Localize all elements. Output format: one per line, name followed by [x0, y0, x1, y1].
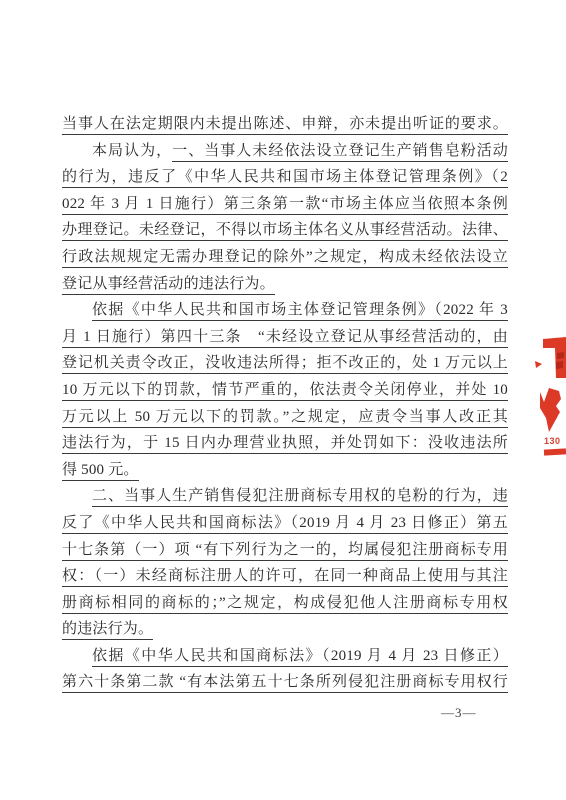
text-line: 得 500 元。 [62, 457, 508, 484]
text-line: 二、当事人生产销售侵犯注册商标专用权的皂粉的行为，违 [62, 483, 508, 510]
text-line: 10 万元以下的罚款，情节严重的，依法责令关闭停业，并处 10 [62, 377, 508, 404]
text-segment: 办理登记。未经登记，不得以市场主体名义从事经营活动。法律、 [62, 222, 508, 241]
text-line: 权：（一）未经商标注册人的许可，在同一种商品上使用与其注 [62, 563, 508, 590]
scanned-document-page: 当事人在法定期限内未提出陈述、申辩，亦未提出听证的要求。本局认为，一、当事人未经… [0, 0, 566, 800]
text-segment: 10 万元以下的罚款，情节严重的，依法责令关闭停业，并处 10 [62, 382, 508, 401]
text-segment: 依据《中华人民共和国市场主体登记管理条例》（2022 年 3 [92, 302, 508, 321]
text-line: 当事人在法定期限内未提出陈述、申辩，亦未提出听证的要求。 [62, 111, 508, 138]
text-line: 的行为，违反了《中华人民共和国市场主体登记管理条例》（2 [62, 164, 508, 191]
text-line: 违法行为，于 15 日内办理营业执照，并处罚如下：没收违法所 [62, 430, 508, 457]
text-segment: 反了《中华人民共和国商标法》（2019 月 4 月 23 日修正）第五 [62, 515, 508, 534]
text-segment: 月 1 日施行）第四十三条 “未经设立登记从事经营活动的，由 [62, 329, 508, 348]
text-segment: 登记从事经营活动的违法行为。 [62, 276, 275, 295]
text-segment: 万元以上 50 万元以下的罚款。”之规定，应责令当事人改正其 [62, 409, 508, 428]
text-segment: 二、当事人生产销售侵犯注册商标专用权的皂粉的行为，违 [92, 488, 508, 507]
text-segment: 权：（一）未经商标注册人的许可，在同一种商品上使用与其注 [62, 568, 508, 587]
red-arrow-mark-icon [540, 388, 561, 432]
text-segment: 的违法行为。 [62, 621, 153, 640]
text-segment: 十七条第（一）项 “有下列行为之一的，均属侵犯注册商标专用 [62, 542, 508, 561]
text-line: 依据《中华人民共和国商标法》（2019 月 4 月 23 日修正） [62, 643, 508, 670]
text-segment: 册商标相同的商标的；”之规定，构成侵犯他人注册商标专用权 [62, 595, 508, 614]
text-line: 办理登记。未经登记，不得以市场主体名义从事经营活动。法律、 [62, 217, 508, 244]
text-line: 行政法规规定无需办理登记的除外”之规定，构成未经依法设立 [62, 244, 508, 271]
text-segment: 登记机关责令改正，没收违法所得；拒不改正的，处 1 万元以上 [62, 355, 508, 374]
text-line: 022 年 3 月 1 日施行）第三条第一款“市场主体应当依照本条例 [62, 191, 508, 218]
red-stamp-fragment-icon [535, 337, 566, 378]
text-segment: 依据《中华人民共和国商标法》（2019 月 4 月 23 日修正） [92, 648, 508, 667]
text-segment: 当事人在法定期限内未提出陈述、申辩，亦未提出听证的要求。 [62, 116, 508, 135]
text-segment: 本局认为， [92, 143, 172, 159]
document-lines: 当事人在法定期限内未提出陈述、申辩，亦未提出听证的要求。本局认为，一、当事人未经… [62, 111, 508, 696]
text-line: 本局认为，一、当事人未经依法设立登记生产销售皂粉活动 [62, 138, 508, 165]
text-line: 反了《中华人民共和国商标法》（2019 月 4 月 23 日修正）第五 [62, 510, 508, 537]
text-line: 依据《中华人民共和国市场主体登记管理条例》（2022 年 3 [62, 297, 508, 324]
text-line: 万元以上 50 万元以下的罚款。”之规定，应责令当事人改正其 [62, 404, 508, 431]
text-line: 的违法行为。 [62, 616, 508, 643]
text-segment: 的行为，违反了《中华人民共和国市场主体登记管理条例》（2 [62, 169, 508, 188]
text-segment: 行政法规规定无需办理登记的除外”之规定，构成未经依法设立 [62, 249, 508, 268]
text-line: 登记从事经营活动的违法行为。 [62, 271, 508, 298]
text-segment: 一、当事人未经依法设立登记生产销售皂粉活动 [172, 143, 508, 162]
text-line: 第六十条第二款 “有本法第五十七条所列侵犯注册商标专用权行 [62, 669, 508, 696]
text-segment: 022 年 3 月 1 日施行）第三条第一款“市场主体应当依照本条例 [62, 196, 508, 215]
page-number: —3— [441, 705, 477, 721]
text-segment: 得 500 元。 [62, 462, 139, 481]
text-line: 十七条第（一）项 “有下列行为之一的，均属侵犯注册商标专用 [62, 537, 508, 564]
text-segment: 违法行为，于 15 日内办理营业执照，并处罚如下：没收违法所 [62, 435, 508, 454]
text-line: 册商标相同的商标的；”之规定，构成侵犯他人注册商标专用权 [62, 590, 508, 617]
red-annotation-number: 130 [544, 436, 561, 446]
text-segment: 第六十条第二款 “有本法第五十七条所列侵犯注册商标专用权行 [62, 674, 508, 693]
text-line: 月 1 日施行）第四十三条 “未经设立登记从事经营活动的，由 [62, 324, 508, 351]
red-underline-bar [544, 448, 566, 455]
text-line: 登记机关责令改正，没收违法所得；拒不改正的，处 1 万元以上 [62, 350, 508, 377]
